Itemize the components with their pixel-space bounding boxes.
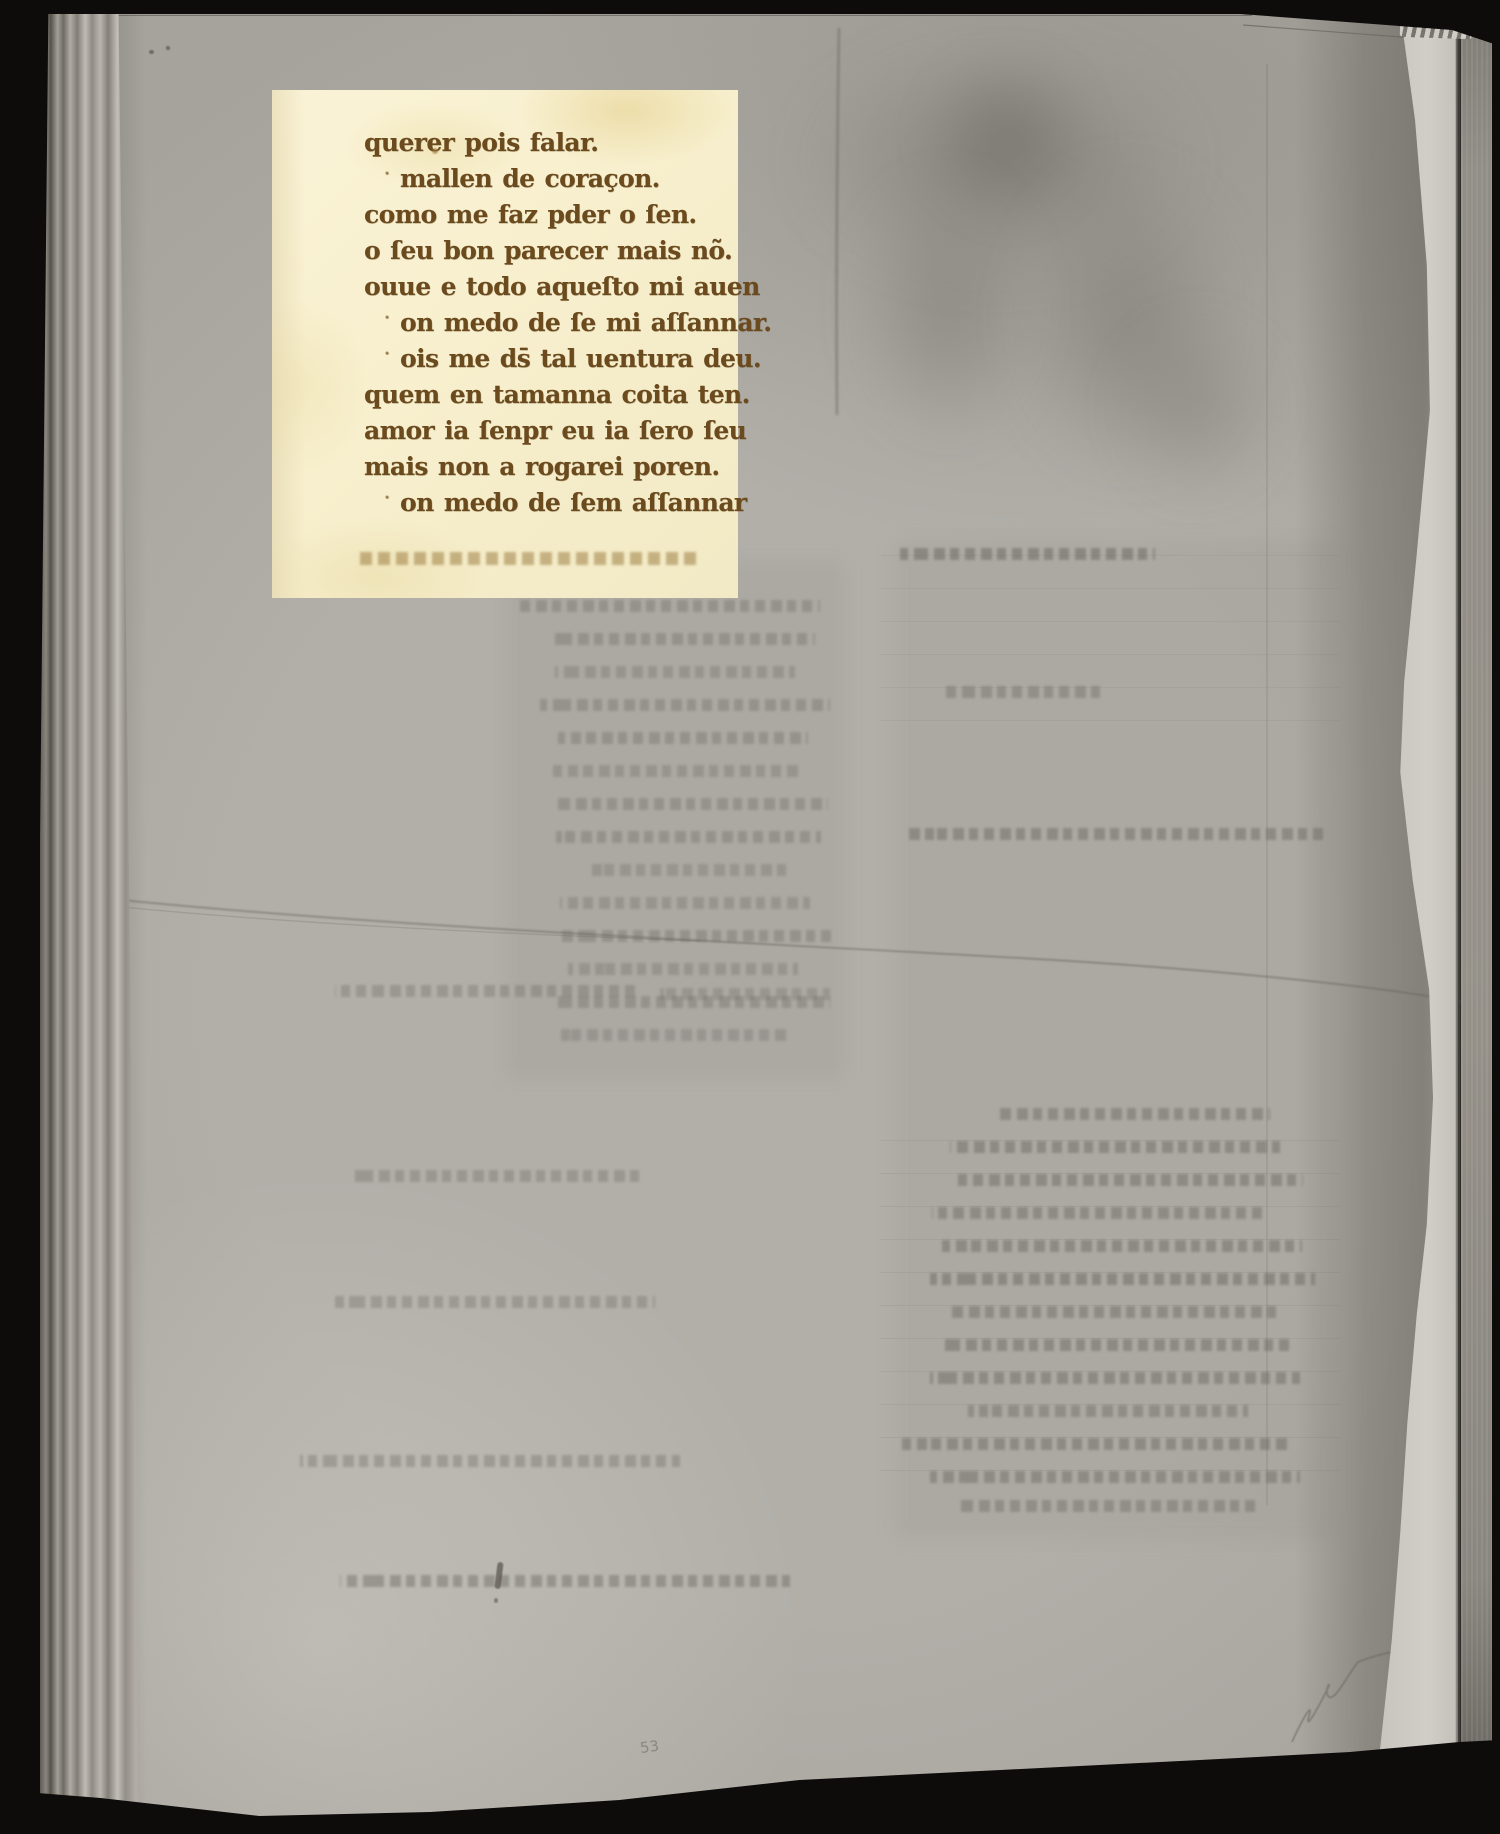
ruling-line <box>880 687 1340 688</box>
ruling-line <box>880 1437 1340 1438</box>
gothic-text-line: ouue e todo aqueſto mi auen <box>272 272 738 308</box>
gothic-text-line: o ſeu bon parecer mais nõ. <box>272 236 738 272</box>
line-text: on medo de ſem aſſannar <box>400 488 747 517</box>
gothic-text-line: ·ois me ds̄ tal uentura deu. <box>272 344 738 380</box>
ghost-text-line <box>930 1471 1300 1483</box>
line-text: como me faz pder o ſen. <box>364 200 697 229</box>
ghost-text-line <box>940 1339 1290 1351</box>
line-text: querer pois falar. <box>364 128 598 157</box>
ruling-line <box>880 1470 1340 1471</box>
ruling-line <box>880 1404 1340 1405</box>
vertical-fold <box>837 28 839 415</box>
ruling-line <box>880 1305 1340 1306</box>
ghost-text-line <box>335 1296 655 1308</box>
line-text: o ſeu bon parecer mais nõ. <box>364 236 732 265</box>
ruling-line <box>880 1140 1340 1141</box>
ruling-line <box>880 555 1340 556</box>
line-text: ois me ds̄ tal uentura deu. <box>400 344 761 373</box>
ghost-text-line <box>335 985 635 997</box>
ghost-text-line <box>900 1438 1290 1450</box>
gothic-text-line: amor ia ſenpr eu ia ſero ſeu <box>272 416 738 452</box>
ruling-line <box>880 654 1340 655</box>
gothic-text-line: ·mallen de coraçon. <box>272 164 738 200</box>
gothic-text-line: mais non a rogarei poren. <box>272 452 738 488</box>
line-text: ouue e todo aqueſto mi auen <box>364 272 760 301</box>
pencil-folio-number: 53 <box>639 1737 660 1757</box>
line-text: quem en tamanna coita ten. <box>364 380 750 409</box>
ruling-line <box>880 1173 1340 1174</box>
ghost-text-line <box>555 666 795 678</box>
ghost-text-line <box>520 600 820 612</box>
gothic-text-block: querer pois falar.·mallen de coraçon.com… <box>272 90 738 598</box>
ruling-line <box>880 1338 1340 1339</box>
ghost-text-line <box>555 633 815 645</box>
ghost-text-line <box>588 864 788 876</box>
line-text: amor ia ſenpr eu ia ſero ſeu <box>364 416 746 445</box>
ghost-text-line <box>558 798 828 810</box>
ruling-line <box>880 588 1340 589</box>
ghost-text-line <box>950 1141 1280 1153</box>
binding-edge <box>1461 32 1493 1750</box>
dirt-speck <box>149 50 154 54</box>
ghost-text-line <box>556 831 821 843</box>
ghost-text-line <box>958 1500 1258 1512</box>
ghost-text-line <box>556 930 831 942</box>
highlighted-excerpt: querer pois falar.·mallen de coraçon.com… <box>272 90 738 598</box>
dirt-speck <box>166 46 170 50</box>
ghost-text-line <box>558 732 808 744</box>
photo-background <box>1492 0 1500 1834</box>
ghost-text-line <box>958 1174 1303 1186</box>
ghost-text-line <box>930 1372 1300 1384</box>
ghost-text-line <box>350 1170 640 1182</box>
gothic-text-line: ·on medo de ſe mi aſſannar. <box>272 308 738 344</box>
ghost-text-line <box>560 1029 790 1041</box>
ghost-text-line <box>950 1306 1280 1318</box>
ink-dot <box>494 1598 498 1603</box>
ghost-text-line <box>660 988 830 1000</box>
gothic-text-line: querer pois falar. <box>272 128 738 164</box>
ghost-text-line <box>540 699 830 711</box>
ruling-line <box>880 1206 1340 1207</box>
ghost-text-line <box>932 1207 1262 1219</box>
ghost-text-line <box>942 1240 1302 1252</box>
gothic-text-line: ·on medo de ſem aſſannar <box>272 488 738 524</box>
ghost-text-line <box>905 828 1325 840</box>
ruling-line <box>880 1371 1340 1372</box>
line-text: mallen de coraçon. <box>400 164 660 193</box>
line-text: on medo de ſe mi aſſannar. <box>400 308 771 337</box>
ruling-line <box>880 1272 1340 1273</box>
diagonal-crease <box>84 896 1462 1002</box>
ruling-line <box>880 1239 1340 1240</box>
ghost-text-line <box>560 897 810 909</box>
ghost-text-line <box>968 1405 1248 1417</box>
gothic-text-line: como me faz pder o ſen. <box>272 200 738 236</box>
ghost-line-in-excerpt <box>360 552 700 565</box>
ghost-text-line <box>568 963 798 975</box>
ink-speck <box>432 148 438 154</box>
line-text: mais non a rogarei poren. <box>364 452 719 481</box>
manuscript-photo: querer pois falar.·mallen de coraçon.com… <box>0 0 1500 1834</box>
ghost-text-line <box>1000 1108 1270 1120</box>
ruling-line <box>880 621 1340 622</box>
ghost-text-line <box>930 1273 1315 1285</box>
ghost-text-line <box>340 1575 790 1587</box>
gothic-text-line: quem en tamanna coita ten. <box>272 380 738 416</box>
ghost-text-line <box>300 1455 680 1467</box>
ghost-text-line <box>900 548 1155 560</box>
ruling-line <box>880 720 1340 721</box>
ghost-text-line <box>548 765 798 777</box>
photo-background <box>0 0 40 1834</box>
